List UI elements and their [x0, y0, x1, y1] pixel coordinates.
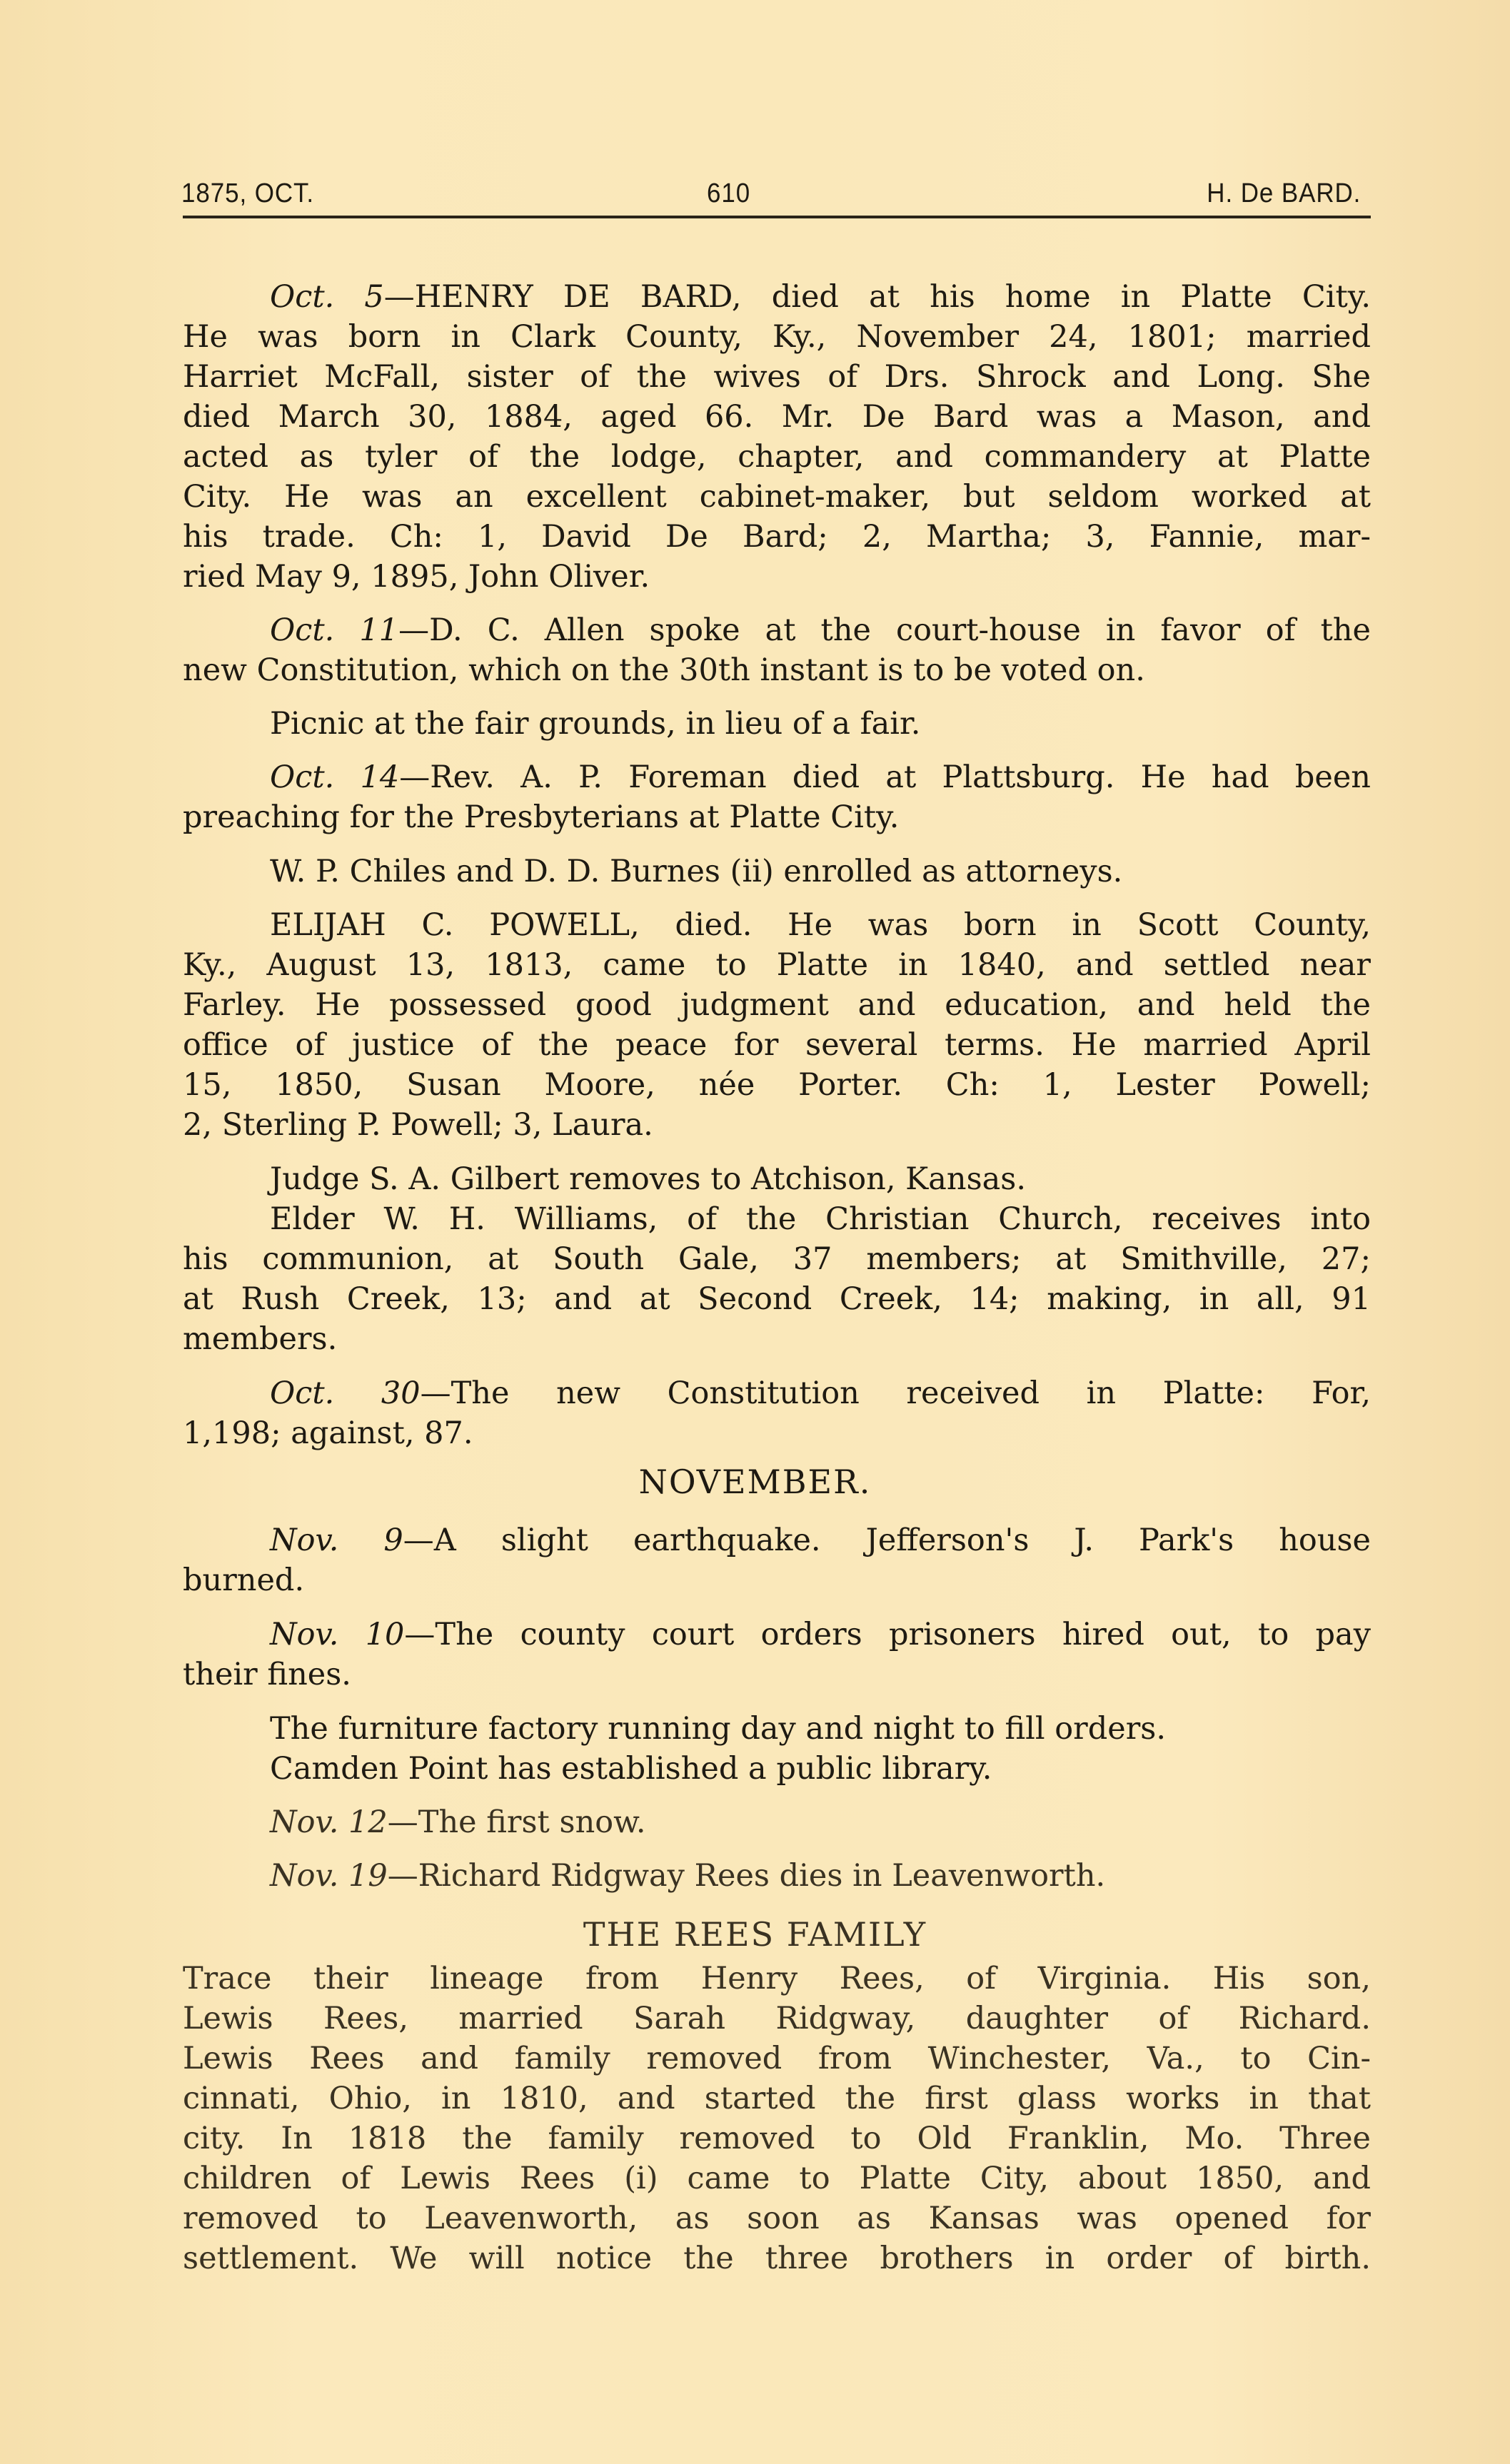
entry-line: Nov. 19—Richard Ridgway Rees dies in Lea… — [270, 1856, 1371, 1896]
entry-line: new Constitution, which on the 30th inst… — [183, 650, 1371, 690]
entry-line: Lewis Rees, married Sarah Ridgway, daugh… — [183, 1999, 1371, 2039]
entry-line: children of Lewis Rees (i) came to Platt… — [183, 2158, 1371, 2198]
entry-line: city. In 1818 the family removed to Old … — [183, 2119, 1371, 2158]
entry-date: Nov. 10 — [270, 1617, 404, 1652]
entry-line: Lewis Rees and family removed from Winch… — [183, 2039, 1371, 2079]
entry-line: He was born in Clark County, Ky., Novemb… — [183, 317, 1371, 357]
entry-line: settlement. We will notice the three bro… — [183, 2238, 1371, 2278]
entry-line: cinnati, Ohio, in 1810, and started the … — [183, 2079, 1371, 2119]
entry-date: Oct. 14 — [270, 759, 399, 795]
entry-line: Judge S. A. Gilbert removes to Atchison,… — [270, 1159, 1371, 1199]
entry-line: Nov. 9—A slight earthquake. Jefferson's … — [270, 1520, 1371, 1560]
entry-line: Oct. 30—The new Constitution received in… — [270, 1373, 1371, 1413]
book-page: 1875, OCT. 610 H. De BARD. Oct. 5—HENRY … — [0, 0, 1510, 2464]
entry-line: died March 30, 1884, aged 66. Mr. De Bar… — [183, 397, 1371, 437]
entry-line: Oct. 11—D. C. Allen spoke at the court-h… — [270, 610, 1371, 650]
header-date: 1875, OCT. — [181, 178, 314, 209]
entry-line: Oct. 14—Rev. A. P. Foreman died at Platt… — [270, 757, 1371, 797]
entry-date: Nov. 12 — [270, 1804, 388, 1840]
entry-line: members. — [183, 1319, 1371, 1359]
entry-line: Oct. 5—HENRY DE BARD, died at his home i… — [270, 277, 1371, 317]
entry-line: his communion, at South Gale, 37 members… — [183, 1239, 1371, 1279]
entry-line: Nov. 10—The county court orders prisoner… — [270, 1615, 1371, 1655]
entry-line: office of justice of the peace for sever… — [183, 1025, 1371, 1065]
header-rule — [183, 216, 1371, 218]
entry-date: Oct. 5 — [270, 279, 384, 315]
entry-line: W. P. Chiles and D. D. Burnes (ii) enrol… — [270, 852, 1371, 892]
entry-line: ried May 9, 1895, John Oliver. — [183, 557, 1371, 597]
entry-line: Camden Point has established a public li… — [270, 1749, 1371, 1789]
entry-line: Harriet McFall, sister of the wives of D… — [183, 357, 1371, 397]
entry-line: at Rush Creek, 13; and at Second Creek, … — [183, 1279, 1371, 1319]
section-heading-november: NOVEMBER. — [0, 1462, 1510, 1502]
entry-date: Nov. 19 — [270, 1858, 388, 1894]
entry-date: Oct. 11 — [270, 612, 398, 648]
header-title: H. De BARD. — [1207, 178, 1361, 209]
entry-line: Farley. He possessed good judgment and e… — [183, 985, 1371, 1025]
entry-line: City. He was an excellent cabinet-maker,… — [183, 477, 1371, 517]
entry-line: Nov. 12—The first snow. — [270, 1802, 1371, 1842]
entry-line: removed to Leavenworth, as soon as Kansa… — [183, 2198, 1371, 2238]
entry-line: ELIJAH C. POWELL, died. He was born in S… — [270, 905, 1371, 945]
entry-date: Oct. 30 — [270, 1375, 421, 1411]
page-number: 610 — [707, 178, 750, 209]
running-header: 1875, OCT. 610 H. De BARD. — [181, 178, 1276, 214]
entry-date: Nov. 9 — [270, 1523, 403, 1558]
section-heading-rees-family: THE REES FAMILY — [0, 1914, 1510, 1954]
entry-line: his trade. Ch: 1, David De Bard; 2, Mart… — [183, 517, 1371, 557]
entry-line: Elder W. H. Williams, of the Christian C… — [270, 1199, 1371, 1239]
entry-line: 2, Sterling P. Powell; 3, Laura. — [183, 1105, 1371, 1145]
entry-line: Ky., August 13, 1813, came to Platte in … — [183, 945, 1371, 985]
entry-line: acted as tyler of the lodge, chapter, an… — [183, 437, 1371, 477]
entry-line: burned. — [183, 1560, 1371, 1600]
entry-line: 15, 1850, Susan Moore, née Porter. Ch: 1… — [183, 1065, 1371, 1105]
entry-line: 1,198; against, 87. — [183, 1413, 1371, 1453]
entry-line: preaching for the Presbyterians at Platt… — [183, 797, 1371, 837]
entry-line: Picnic at the fair grounds, in lieu of a… — [270, 704, 1371, 744]
entry-line: their fines. — [183, 1655, 1371, 1695]
entry-line: Trace their lineage from Henry Rees, of … — [183, 1959, 1371, 1999]
entry-line: The furniture factory running day and ni… — [270, 1709, 1371, 1749]
